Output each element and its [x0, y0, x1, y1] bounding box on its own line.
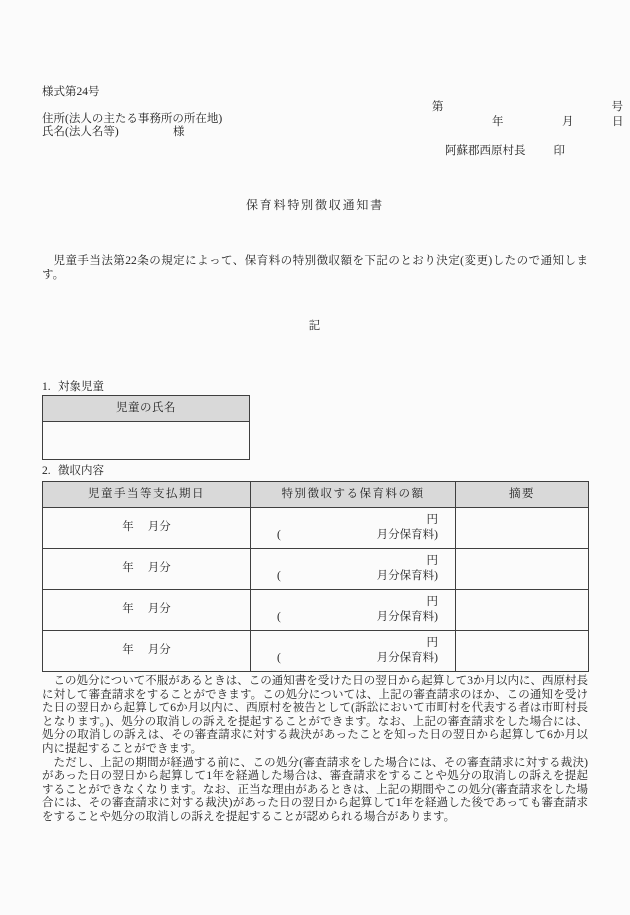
paren-label: 月分保育料) — [377, 610, 438, 625]
doc-number-suffix: 号 — [612, 101, 624, 115]
remark-cell — [456, 590, 589, 631]
doc-number-prefix: 第 — [432, 101, 444, 115]
table-row: 年 月分 円 ( 月分保育料) — [43, 590, 589, 631]
honorific-label: 様 — [173, 126, 185, 140]
paren-label: 月分保育料) — [377, 528, 438, 543]
doc-number-line: 第 号 — [432, 101, 623, 115]
record-marker: 記 — [0, 320, 630, 334]
page-title: 保育料特別徴収通知書 — [0, 199, 630, 213]
date-day-label: 日 — [612, 116, 624, 130]
section-1-number: 1. — [42, 381, 58, 395]
collection-table: 児童手当等支払期日 特別徴収する保育料の額 摘要 年 月分 円 ( 月分保育料) — [42, 481, 589, 672]
period-cell: 年 月分 — [43, 549, 251, 590]
remark-cell — [456, 508, 589, 549]
issuer-name: 阿蘇郡西原村長 — [445, 145, 526, 159]
remarks-header: 摘要 — [456, 482, 589, 508]
period-year-label: 年 — [122, 521, 134, 535]
date-year-label: 年 — [492, 116, 504, 130]
target-children-table: 児童の氏名 — [42, 395, 250, 460]
paren-label: 月分保育料) — [377, 569, 438, 584]
period-cell: 年 月分 — [43, 631, 251, 672]
amount-cell: 円 ( 月分保育料) — [251, 549, 456, 590]
table-row: 年 月分 円 ( 月分保育料) — [43, 549, 589, 590]
child-name-header: 児童の氏名 — [43, 396, 250, 422]
amount-cell: 円 ( 月分保育料) — [251, 508, 456, 549]
section-2-heading: 2. 徴収内容 — [42, 465, 104, 479]
amount-cell: 円 ( 月分保育料) — [251, 590, 456, 631]
amount-cell: 円 ( 月分保育料) — [251, 631, 456, 672]
issuer-line: 阿蘇郡西原村長 印 — [445, 145, 565, 159]
section-1-label: 対象児童 — [58, 381, 104, 395]
period-month-label: 月分 — [148, 562, 171, 576]
table-row: 年 月分 円 ( 月分保育料) — [43, 508, 589, 549]
period-year-label: 年 — [122, 562, 134, 576]
name-label: 氏名(法人名等) — [42, 126, 119, 140]
amount-unit-label: 円 — [251, 636, 455, 651]
amount-unit-label: 円 — [251, 513, 455, 528]
period-year-label: 年 — [122, 603, 134, 617]
notes-paragraph-2: ただし、上記の期間が経過する前に、この処分(審査請求をした場合には、その審査請求… — [42, 757, 588, 825]
amount-unit-label: 円 — [251, 595, 455, 610]
paren-open: ( — [277, 569, 281, 584]
period-month-label: 月分 — [148, 521, 171, 535]
section-1-heading: 1. 対象児童 — [42, 381, 104, 395]
remark-cell — [456, 631, 589, 672]
address-label: 住所(法人の主たる事務所の所在地) — [42, 113, 222, 127]
period-year-label: 年 — [122, 644, 134, 658]
period-month-label: 月分 — [148, 644, 171, 658]
child-name-cell — [43, 422, 250, 460]
remark-cell — [456, 549, 589, 590]
seal-mark: 印 — [554, 145, 566, 159]
period-cell: 年 月分 — [43, 508, 251, 549]
paren-open: ( — [277, 528, 281, 543]
paren-label: 月分保育料) — [377, 651, 438, 666]
form-number: 様式第24号 — [42, 86, 100, 100]
date-month-label: 月 — [562, 116, 574, 130]
document-page: 様式第24号 住所(法人の主たる事務所の所在地) 氏名(法人名等) 様 第 号 … — [0, 0, 630, 915]
paren-open: ( — [277, 610, 281, 625]
collection-amount-header: 特別徴収する保育料の額 — [251, 482, 456, 508]
notes-paragraph-1: この処分について不服があるときは、この通知書を受けた日の翌日から起算して3か月以… — [42, 675, 588, 757]
section-2-label: 徴収内容 — [58, 465, 104, 479]
collection-table-header-row: 児童手当等支払期日 特別徴収する保育料の額 摘要 — [43, 482, 589, 508]
section-2-number: 2. — [42, 465, 58, 479]
legal-notes: この処分について不服があるときは、この通知書を受けた日の翌日から起算して3か月以… — [42, 675, 588, 825]
amount-unit-label: 円 — [251, 554, 455, 569]
period-cell: 年 月分 — [43, 590, 251, 631]
payment-date-header: 児童手当等支払期日 — [43, 482, 251, 508]
paren-open: ( — [277, 651, 281, 666]
period-month-label: 月分 — [148, 603, 171, 617]
intro-paragraph: 児童手当法第22条の規定によって、保育料の特別徴収額を下記のとおり決定(変更)し… — [42, 255, 588, 282]
table-row: 年 月分 円 ( 月分保育料) — [43, 631, 589, 672]
